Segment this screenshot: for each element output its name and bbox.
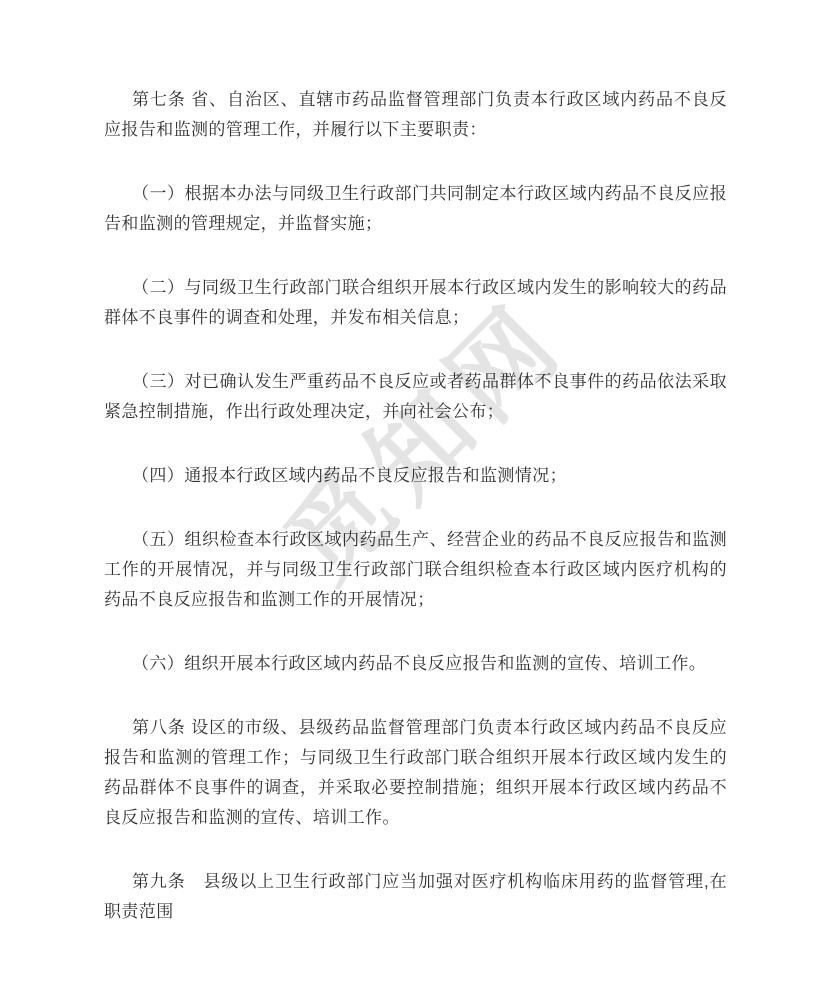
paragraph: （五）组织检查本行政区域内药品生产、经营企业的药品不良反应报告和监测工作的开展情… — [104, 525, 727, 615]
paragraph: 第七条 省、自治区、直辖市药品监督管理部门负责本行政区域内药品不良反应报告和监测… — [104, 85, 727, 145]
paragraph: （四）通报本行政区域内药品不良反应报告和监测情况； — [104, 461, 727, 491]
document-page: 觅知网 第七条 省、自治区、直辖市药品监督管理部门负责本行政区域内药品不良反应报… — [0, 0, 830, 986]
document-body: 第七条 省、自治区、直辖市药品监督管理部门负责本行政区域内药品不良反应报告和监测… — [104, 85, 727, 927]
paragraph: 第八条 设区的市级、县级药品监督管理部门负责本行政区域内药品不良反应报告和监测的… — [104, 713, 727, 833]
paragraph: 第九条 县级以上卫生行政部门应当加强对医疗机构临床用药的监督管理,在职责范围 — [104, 867, 727, 927]
paragraph: （三）对已确认发生严重药品不良反应或者药品群体不良事件的药品依法采取紧急控制措施… — [104, 367, 727, 427]
paragraph: （六）组织开展本行政区域内药品不良反应报告和监测的宣传、培训工作。 — [104, 649, 727, 679]
paragraph: （二）与同级卫生行政部门联合组织开展本行政区域内发生的影响较大的药品群体不良事件… — [104, 273, 727, 333]
paragraph: （一）根据本办法与同级卫生行政部门共同制定本行政区域内药品不良反应报告和监测的管… — [104, 179, 727, 239]
